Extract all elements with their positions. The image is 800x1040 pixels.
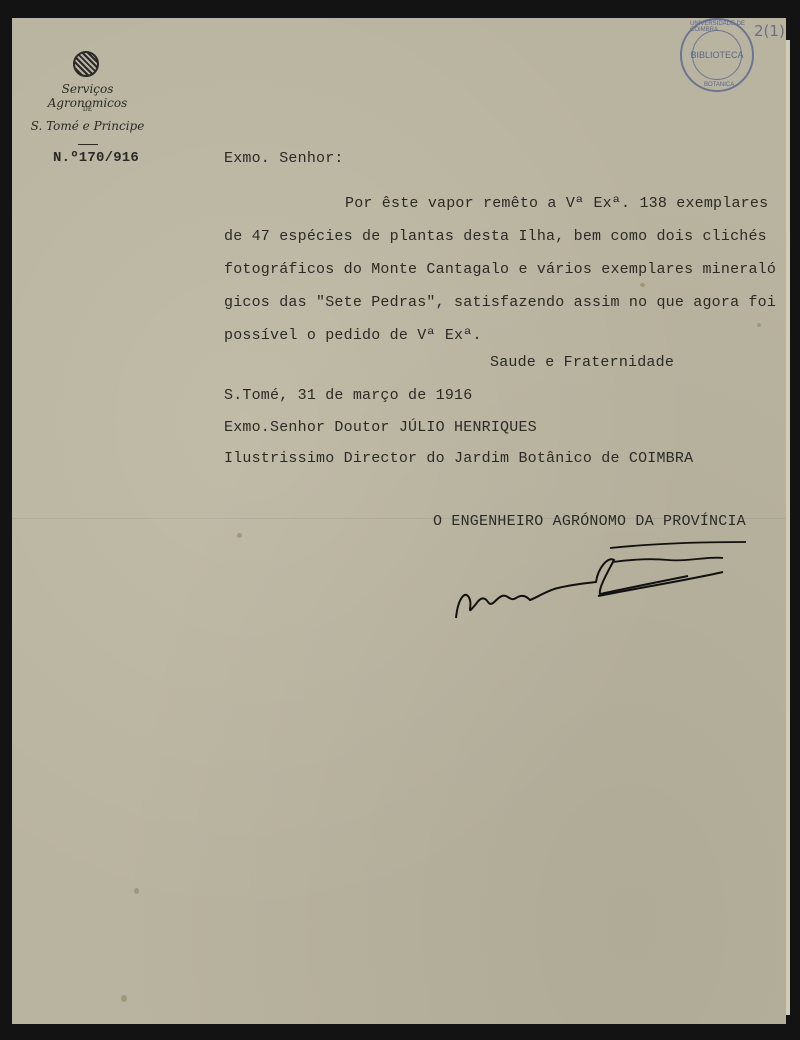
paper-stain bbox=[134, 888, 139, 894]
paper-stain bbox=[757, 323, 761, 327]
page-edge bbox=[786, 40, 790, 1015]
signatory-title: O ENGENHEIRO AGRÓNOMO DA PROVÍNCIA bbox=[433, 513, 746, 530]
stamp-ring-top: UNIVERSIDADE DE COIMBRA bbox=[690, 21, 752, 33]
signature-icon bbox=[448, 538, 758, 628]
library-stamp: BIBLIOTECA UNIVERSIDADE DE COIMBRA BOTAN… bbox=[680, 18, 754, 92]
stamp-center-text: BIBLIOTECA bbox=[691, 50, 744, 60]
reference-number: N.º170/916 bbox=[53, 150, 139, 166]
closing: Saude e Fraternidade bbox=[490, 354, 674, 371]
body-line-5: possível o pedido de Vª Exª. bbox=[224, 327, 482, 344]
body-line-1: Por êste vapor remêto a Vª Exª. 138 exem… bbox=[345, 195, 768, 212]
paper-stain bbox=[237, 533, 242, 538]
body-line-2: de 47 espécies de plantas desta Ilha, be… bbox=[224, 228, 767, 245]
coat-of-arms-icon bbox=[73, 51, 99, 77]
addressee-line-2: Ilustrissimo Director do Jardim Botânico… bbox=[224, 450, 693, 467]
salutation: Exmo. Senhor: bbox=[224, 150, 344, 167]
body-line-3: fotográficos do Monte Cantagalo e vários… bbox=[224, 261, 776, 278]
letterhead-divider bbox=[78, 144, 98, 145]
body-line-4: gicos das "Sete Pedras", satisfazendo as… bbox=[224, 294, 776, 311]
paper-stain bbox=[640, 283, 645, 287]
letterhead-line3: S. Tomé e Principe bbox=[20, 119, 155, 133]
letterhead-line2: DE bbox=[20, 106, 155, 113]
pencil-annotation: 2(1) bbox=[754, 22, 785, 40]
place-date: S.Tomé, 31 de março de 1916 bbox=[224, 387, 472, 404]
stamp-ring-bottom: BOTANICA bbox=[704, 82, 734, 88]
paper-stain bbox=[121, 995, 127, 1002]
addressee-line-1: Exmo.Senhor Doutor JÚLIO HENRIQUES bbox=[224, 419, 537, 436]
